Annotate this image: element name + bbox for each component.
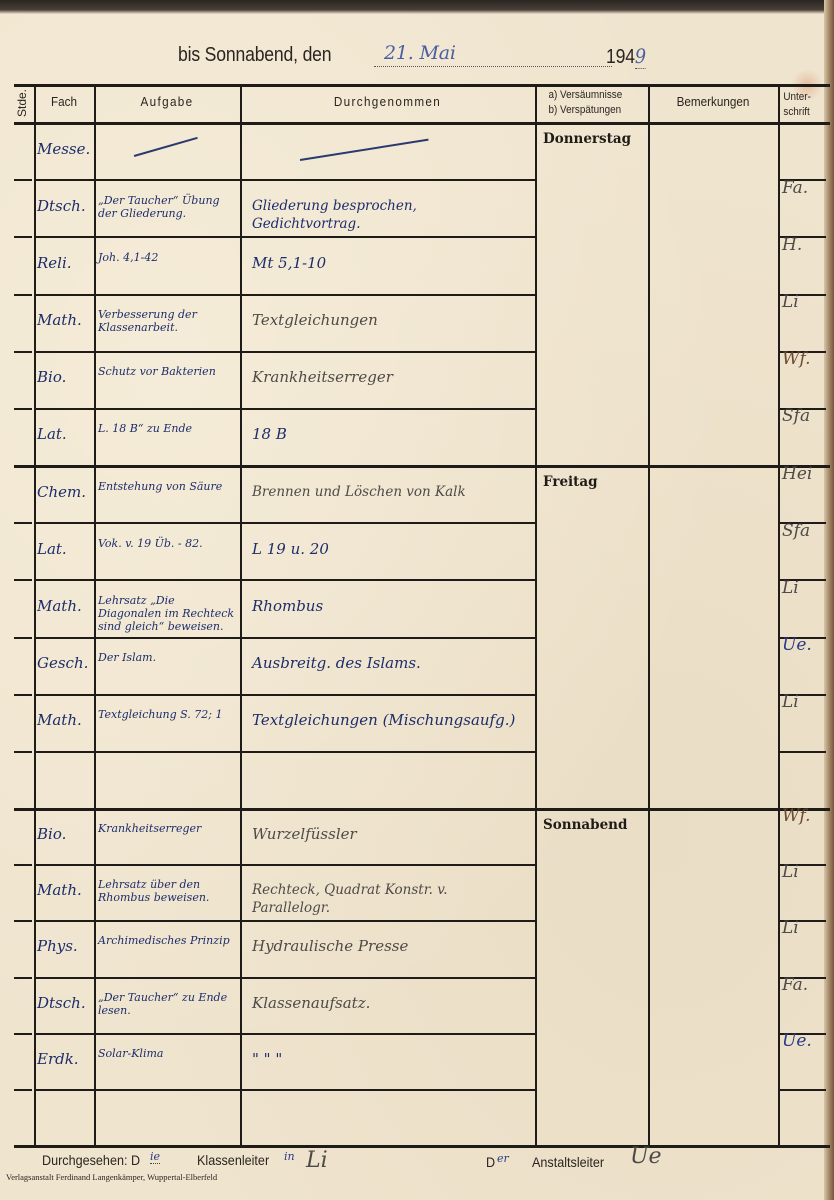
row-fach: Math. bbox=[37, 881, 82, 899]
row-aufgabe: Verbesserung der Klassenarbeit. bbox=[98, 308, 238, 334]
row-unterschrift: Sfa bbox=[782, 406, 810, 426]
row-tick bbox=[14, 637, 32, 639]
title-year: 1949 bbox=[606, 44, 646, 69]
row-rule bbox=[34, 179, 535, 181]
row-fach: Dtsch. bbox=[37, 197, 86, 215]
row-unterschrift: Hei bbox=[782, 464, 812, 484]
footer-durchgesehen: Durchgesehen: D bbox=[42, 1152, 151, 1168]
header-col-divider bbox=[535, 84, 537, 122]
header-col-divider bbox=[778, 84, 780, 122]
page-top-edge bbox=[0, 0, 834, 14]
row-durchgenommen: " " " bbox=[252, 1050, 282, 1068]
row-rule bbox=[34, 864, 535, 866]
row-aufgabe: L. 18 B“ zu Ende bbox=[98, 422, 238, 435]
row-fach: Bio. bbox=[37, 368, 66, 386]
row-aufgabe: Lehrsatz „Die Diagonalen im Rechteck sin… bbox=[98, 594, 238, 633]
col-divider bbox=[535, 122, 537, 465]
row-rule bbox=[34, 1089, 535, 1091]
row-unterschrift: Wf. bbox=[782, 806, 811, 826]
header-top-rule bbox=[14, 84, 830, 87]
row-rule bbox=[34, 522, 535, 524]
row-unterschrift: Li bbox=[782, 292, 799, 312]
section-rule bbox=[14, 808, 830, 811]
row-aufgabe: Entstehung von Säure bbox=[98, 480, 238, 493]
row-fach: Reli. bbox=[37, 254, 72, 272]
row-durchgenommen: Mt 5,1-10 bbox=[252, 254, 326, 272]
row-unterschrift: Li bbox=[782, 578, 799, 598]
section-rule bbox=[14, 465, 830, 468]
col-divider bbox=[535, 808, 537, 1145]
row-unterschrift: Wf. bbox=[782, 349, 811, 369]
row-fach: Math. bbox=[37, 711, 82, 729]
footer-anstalt-prefix: D bbox=[486, 1154, 496, 1170]
footer-klassenleiter-suffix: in bbox=[284, 1150, 295, 1163]
row-tick bbox=[14, 751, 32, 753]
row-durchgenommen: Gliederung besprochen, Gedichtvortrag. bbox=[252, 197, 522, 233]
row-unterschrift: H. bbox=[782, 235, 802, 255]
row-fach: Bio. bbox=[37, 825, 66, 843]
footer-anstalt-prefix-label: D bbox=[486, 1154, 495, 1170]
footer-anstaltsleiter-label: Anstaltsleiter bbox=[532, 1154, 604, 1170]
row-aufgabe: Lehrsatz über den Rhombus beweisen. bbox=[98, 878, 238, 904]
day-label-donnerstag: Donnerstag bbox=[543, 131, 631, 147]
col-divider bbox=[535, 465, 537, 808]
row-tick bbox=[14, 522, 32, 524]
row-fach: Math. bbox=[37, 597, 82, 615]
footer-klassenleiter: Klassenleiter bbox=[197, 1152, 277, 1168]
row-fach: Chem. bbox=[37, 483, 86, 501]
row-rule bbox=[34, 408, 535, 410]
row-tick bbox=[14, 1089, 32, 1091]
col-header-unterschrift-2: schrift bbox=[783, 105, 826, 119]
col-header-stde-label: Stde. bbox=[15, 89, 29, 117]
row-unterschrift: Fa. bbox=[782, 975, 808, 995]
row-aufgabe: Archimedisches Prinzip bbox=[98, 934, 238, 947]
row-tick bbox=[14, 236, 32, 238]
row-tick bbox=[14, 351, 32, 353]
footer-anstaltsleiter-signature: Ue bbox=[630, 1144, 662, 1169]
row-rule bbox=[34, 977, 535, 979]
row-unterschrift: Ue. bbox=[782, 1031, 812, 1051]
row-aufgabe: Vok. v. 19 Üb. - 82. bbox=[98, 537, 238, 550]
row-rule bbox=[34, 294, 535, 296]
row-rule bbox=[34, 694, 535, 696]
title-prefix: bis Sonnabend, den bbox=[178, 44, 331, 67]
row-rule bbox=[34, 351, 535, 353]
col-header-aufgabe: Aufgabe bbox=[101, 94, 232, 109]
col-header-fach: Fach bbox=[37, 94, 91, 109]
row-rule bbox=[34, 1033, 535, 1035]
row-aufgabe: Krankheitserreger bbox=[98, 822, 238, 835]
signature-rule bbox=[780, 1089, 826, 1091]
row-fach: Math. bbox=[37, 311, 82, 329]
footer-anstaltsleiter: Anstaltsleiter bbox=[532, 1154, 612, 1170]
footer-klassenleiter-signature: Li bbox=[306, 1148, 328, 1173]
row-durchgenommen: Krankheitserreger bbox=[252, 368, 393, 386]
row-aufgabe: Schutz vor Bakterien bbox=[98, 365, 238, 378]
row-unterschrift: Li bbox=[782, 692, 799, 712]
row-durchgenommen: Brennen und Löschen von Kalk bbox=[252, 483, 522, 501]
row-tick bbox=[14, 579, 32, 581]
row-tick bbox=[14, 408, 32, 410]
dash-stroke bbox=[134, 136, 198, 156]
row-durchgenommen: 18 B bbox=[252, 425, 287, 443]
year-prefix: 194 bbox=[606, 46, 635, 68]
day-label-sonnabend: Sonnabend bbox=[543, 817, 627, 833]
footer-anstalt-article-hw: er bbox=[497, 1152, 509, 1165]
row-tick bbox=[14, 294, 32, 296]
col-header-stde: Stde. bbox=[10, 86, 34, 120]
col-divider bbox=[648, 465, 650, 808]
col-divider bbox=[648, 808, 650, 1145]
row-aufgabe: „Der Taucher“ Übung der Gliederung. bbox=[98, 194, 238, 220]
year-digit: 9 bbox=[635, 44, 646, 69]
header-col-divider bbox=[240, 84, 242, 122]
row-fach: Gesch. bbox=[37, 654, 88, 672]
col-header-bemerkungen: Bemerkungen bbox=[655, 94, 772, 109]
row-rule bbox=[34, 637, 535, 639]
row-tick bbox=[14, 864, 32, 866]
col-header-unterschrift-1: Unter- bbox=[783, 90, 826, 104]
row-rule bbox=[34, 579, 535, 581]
row-fach: Dtsch. bbox=[37, 994, 86, 1012]
row-aufgabe: Der Islam. bbox=[98, 651, 238, 664]
row-tick bbox=[14, 694, 32, 696]
row-rule bbox=[34, 751, 535, 753]
publisher-imprint: Verlagsanstalt Ferdinand Langenkämper, W… bbox=[6, 1172, 217, 1182]
row-fach: Phys. bbox=[37, 937, 78, 955]
day-label-freitag: Freitag bbox=[543, 474, 598, 490]
row-unterschrift: Sfa bbox=[782, 521, 810, 541]
header-col-divider bbox=[648, 84, 650, 122]
footer-article-hw: ie bbox=[150, 1150, 160, 1164]
col-header-versaeumnisse-b: b) Verspätungen bbox=[549, 103, 648, 117]
row-durchgenommen: Textgleichungen (Mischungsaufg.) bbox=[252, 711, 515, 729]
row-fach: Lat. bbox=[37, 425, 67, 443]
section-rule bbox=[14, 1145, 830, 1148]
col-divider bbox=[648, 122, 650, 465]
col-header-durchgenommen: Durchgenommen bbox=[255, 94, 521, 109]
row-aufgabe: „Der Taucher“ zu Ende lesen. bbox=[98, 991, 238, 1017]
row-tick bbox=[14, 179, 32, 181]
row-fach: Messe. bbox=[37, 140, 90, 158]
footer-durchgesehen-label: Durchgesehen: D bbox=[42, 1152, 140, 1168]
row-fach: Erdk. bbox=[37, 1050, 79, 1068]
signature-rule bbox=[780, 751, 826, 753]
header-col-divider bbox=[34, 84, 36, 122]
row-fach: Lat. bbox=[37, 540, 67, 558]
row-aufgabe: Joh. 4,1-42 bbox=[98, 251, 238, 264]
row-unterschrift: Ue. bbox=[782, 635, 812, 655]
row-durchgenommen: Textgleichungen bbox=[252, 311, 378, 329]
row-tick bbox=[14, 920, 32, 922]
row-durchgenommen: L 19 u. 20 bbox=[252, 540, 329, 558]
row-unterschrift: Fa. bbox=[782, 178, 808, 198]
title-date: 21. Mai bbox=[384, 42, 456, 64]
week-title: bis Sonnabend, den 21. Mai 1949 bbox=[178, 44, 658, 78]
row-tick bbox=[14, 977, 32, 979]
row-durchgenommen: Ausbreitg. des Islams. bbox=[252, 654, 421, 672]
row-aufgabe: Textgleichung S. 72; 1 bbox=[98, 708, 238, 721]
row-durchgenommen: Rechteck, Quadrat Konstr. v. Parallelogr… bbox=[252, 881, 522, 917]
row-aufgabe: Solar-Klima bbox=[98, 1047, 238, 1060]
footer-klassenleiter-label: Klassenleiter bbox=[197, 1152, 269, 1168]
row-unterschrift: Li bbox=[782, 862, 799, 882]
header-col-divider bbox=[94, 84, 96, 122]
class-register-page: bis Sonnabend, den 21. Mai 1949 Stde.Fac… bbox=[0, 0, 834, 1200]
row-durchgenommen: Rhombus bbox=[252, 597, 323, 615]
date-line bbox=[374, 66, 612, 67]
row-rule bbox=[34, 236, 535, 238]
row-unterschrift: Li bbox=[782, 918, 799, 938]
row-durchgenommen: Hydraulische Presse bbox=[252, 937, 408, 955]
row-durchgenommen: Wurzelfüssler bbox=[252, 825, 357, 843]
row-durchgenommen: Klassenaufsatz. bbox=[252, 994, 370, 1012]
row-rule bbox=[34, 920, 535, 922]
dash-stroke bbox=[300, 138, 429, 160]
row-tick bbox=[14, 1033, 32, 1035]
col-header-versaeumnisse-a: a) Versäumnisse bbox=[549, 88, 648, 102]
header-bottom-rule bbox=[14, 122, 830, 125]
